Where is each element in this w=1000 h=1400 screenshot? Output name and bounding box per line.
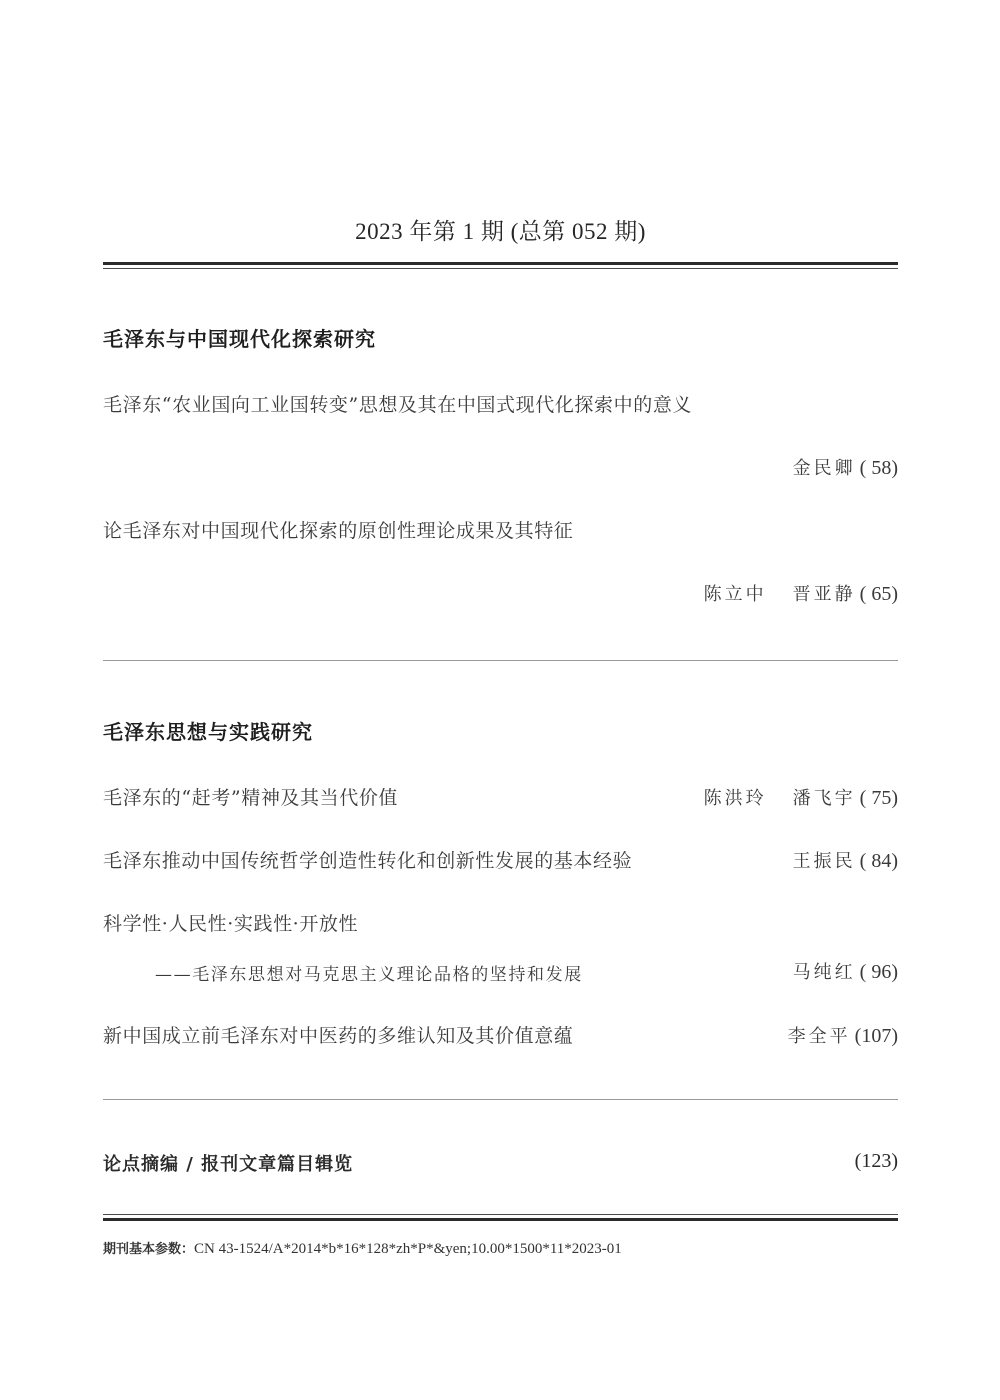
article-page-number: ( 58) [860, 457, 898, 480]
journal-parameters-label: 期刊基本参数： [103, 1242, 194, 1257]
article-author: 王振民 [793, 847, 856, 873]
article-meta: 金民卿 ( 58) [767, 454, 898, 480]
article-meta: 陈立中 晋亚静 ( 65) [678, 580, 898, 606]
section-heading: 毛泽东思想与实践研究 [103, 716, 313, 745]
article-title[interactable]: 科学性·人民性·实践性·开放性 [103, 909, 358, 936]
article-author: 金民卿 [793, 454, 856, 480]
section-divider [103, 1099, 898, 1100]
article-page-number: ( 96) [860, 961, 898, 984]
misc-section-line[interactable]: 论点摘编 / 报刊文章篇目辑览 (123) [103, 1150, 898, 1176]
article-title[interactable]: 论毛泽东对中国现代化探索的原创性理论成果及其特征 [103, 516, 573, 543]
article-title[interactable]: 新中国成立前毛泽东对中医药的多维认知及其价值意蕴 [103, 1021, 573, 1048]
article-author: 陈洪玲 [704, 784, 767, 810]
article-page-number: ( 65) [860, 583, 898, 606]
article-author: 李全平 [788, 1022, 851, 1048]
journal-parameters-value: CN 43-1524/A*2014*b*16*128*zh*P*&yen;10.… [194, 1241, 622, 1257]
journal-parameters: 期刊基本参数：CN 43-1524/A*2014*b*16*128*zh*P*&… [103, 1238, 622, 1258]
article-title[interactable]: 毛泽东“农业国向工业国转变”思想及其在中国式现代化探索中的意义 [103, 390, 692, 417]
article-author: 陈立中 [704, 580, 767, 606]
article-title[interactable]: 毛泽东推动中国传统哲学创造性转化和创新性发展的基本经验 [103, 846, 632, 873]
issue-title: 2023 年第 1 期 (总第 052 期) [103, 213, 898, 246]
article-author: 马纯红 [793, 958, 856, 984]
footer-double-rule [103, 1214, 898, 1215]
article-page-number: ( 84) [860, 850, 898, 873]
misc-section-label: 论点摘编 / 报刊文章篇目辑览 [103, 1154, 353, 1175]
misc-section-page-number: (123) [855, 1150, 898, 1173]
article-meta: 陈洪玲 潘飞宇 ( 75) [678, 784, 898, 810]
section-heading: 毛泽东与中国现代化探索研究 [103, 323, 376, 352]
article-page-number: ( 75) [860, 787, 898, 810]
article-meta: 李全平 (107) [762, 1022, 898, 1048]
article-page-number: (107) [855, 1025, 898, 1048]
article-author: 潘飞宇 [793, 784, 856, 810]
article-meta: 马纯红 ( 96) [767, 958, 898, 984]
article-author: 晋亚静 [793, 580, 856, 606]
article-title[interactable]: 毛泽东的“赶考”精神及其当代价值 [103, 783, 398, 810]
header-double-rule [103, 262, 898, 265]
section-divider [103, 660, 898, 661]
article-subtitle: ——毛泽东思想对马克思主义理论品格的坚持和发展 [155, 960, 583, 985]
article-meta: 王振民 ( 84) [767, 847, 898, 873]
table-of-contents-page: 2023 年第 1 期 (总第 052 期) 毛泽东与中国现代化探索研究 毛泽东… [103, 0, 898, 1400]
